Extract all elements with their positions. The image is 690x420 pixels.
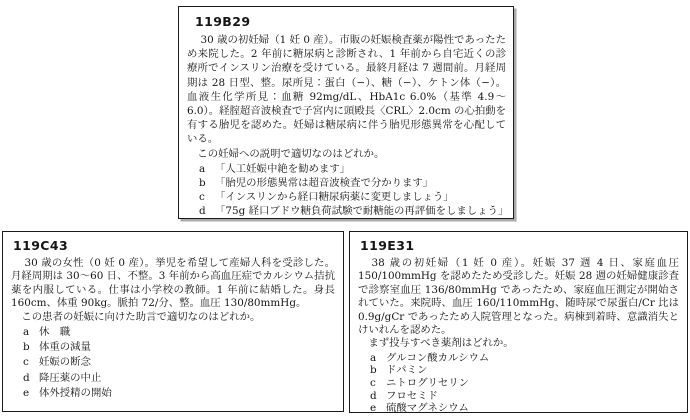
option-c: cニトログリセリン [370, 377, 679, 390]
option-list: aグルコン酸カルシウム bドパミン cニトログリセリン dフロセミド e硫酸マグ… [358, 352, 679, 413]
option-text: 「胎児の形態異常は超音波検査で分かります」 [215, 177, 433, 189]
option-letter: c [23, 355, 39, 370]
option-letter: b [199, 176, 215, 190]
option-d: d降圧薬の中止 [23, 371, 335, 386]
question-id: 119E31 [360, 238, 679, 253]
question-id: 119B29 [195, 14, 506, 29]
option-a: a休 職 [23, 325, 335, 340]
page: { "page": { "background": "#ffffff", "te… [0, 0, 690, 420]
option-letter: c [370, 377, 386, 390]
option-text: ニトログリセリン [386, 377, 469, 389]
option-letter: d [370, 390, 386, 403]
option-text: 体外授精の開始 [39, 387, 112, 399]
question-card-119e31: 119E31 38 歳の初妊婦（1 妊 0 産）。妊娠 37 週 4 日、家庭血… [349, 231, 688, 413]
option-letter: e [23, 386, 39, 401]
option-list: a「人工妊娠中絶を勧めます」 b「胎児の形態異常は超音波検査で分かります」 c「… [187, 162, 506, 219]
option-c: c妊娠の断念 [23, 355, 335, 370]
option-letter: d [199, 204, 215, 218]
option-c: c「インスリンから経口糖尿病薬に変更しましょう」 [199, 190, 506, 204]
option-letter: e [370, 402, 386, 413]
option-text: 妊娠の断念 [39, 356, 91, 368]
option-text: 「75g 経口ブドウ糖負荷試験で耐糖能の再評価をしましょう」 [215, 205, 508, 217]
option-text: 「インスリンから経口糖尿病薬に変更しましょう」 [215, 191, 454, 203]
option-text: 降圧薬の中止 [39, 372, 101, 384]
question-card-119b29: 119B29 30 歳の初妊婦（1 妊 0 産）。市販の妊娠検査薬が陽性であった… [178, 6, 514, 219]
option-text: 休 職 [39, 326, 70, 338]
option-letter: b [23, 340, 39, 355]
option-letter: a [199, 162, 215, 176]
option-a: a「人工妊娠中絶を勧めます」 [199, 162, 506, 176]
option-b: b「胎児の形態異常は超音波検査で分かります」 [199, 176, 506, 190]
option-text: 硫酸マグネシウム [386, 402, 469, 413]
question-prompt: この妊婦への説明で適切なのはどれか。 [187, 147, 506, 161]
question-id: 119C43 [13, 238, 335, 253]
question-prompt: まず投与すべき薬剤はどれか。 [358, 337, 679, 350]
option-e: e硫酸マグネシウム [370, 402, 679, 413]
option-letter: a [23, 325, 39, 340]
option-text: グルコン酸カルシウム [386, 352, 489, 364]
option-text: フロセミド [386, 390, 438, 402]
option-b: b体重の減量 [23, 340, 335, 355]
option-letter: a [370, 352, 386, 365]
option-letter: b [370, 364, 386, 377]
option-letter: d [23, 371, 39, 386]
option-d: d「75g 経口ブドウ糖負荷試験で耐糖能の再評価をしましょう」 [199, 204, 506, 218]
option-text: 体重の減量 [39, 341, 91, 353]
option-a: aグルコン酸カルシウム [370, 352, 679, 365]
question-body: 30 歳の女性（0 妊 0 産）。挙児を希望して産婦人科を受診した。月経周期は … [11, 257, 335, 311]
question-card-119c43: 119C43 30 歳の女性（0 妊 0 産）。挙児を希望して産婦人科を受診した… [2, 231, 344, 412]
option-letter: c [199, 190, 215, 204]
option-list: a休 職 b体重の減量 c妊娠の断念 d降圧薬の中止 e体外授精の開始 [11, 325, 335, 401]
question-prompt: この患者の妊娠に向けた助言で適切なのはどれか。 [11, 311, 335, 324]
option-d: dフロセミド [370, 390, 679, 403]
option-text: ドパミン [386, 364, 427, 376]
option-b: bドパミン [370, 364, 679, 377]
question-body: 38 歳の初妊婦（1 妊 0 産）。妊娠 37 週 4 日、家庭血圧 150/1… [358, 257, 679, 337]
question-body: 30 歳の初妊婦（1 妊 0 産）。市販の妊娠検査薬が陽性であったため来院した。… [187, 33, 506, 147]
option-e: e体外授精の開始 [23, 386, 335, 401]
option-text: 「人工妊娠中絶を勧めます」 [215, 163, 350, 175]
